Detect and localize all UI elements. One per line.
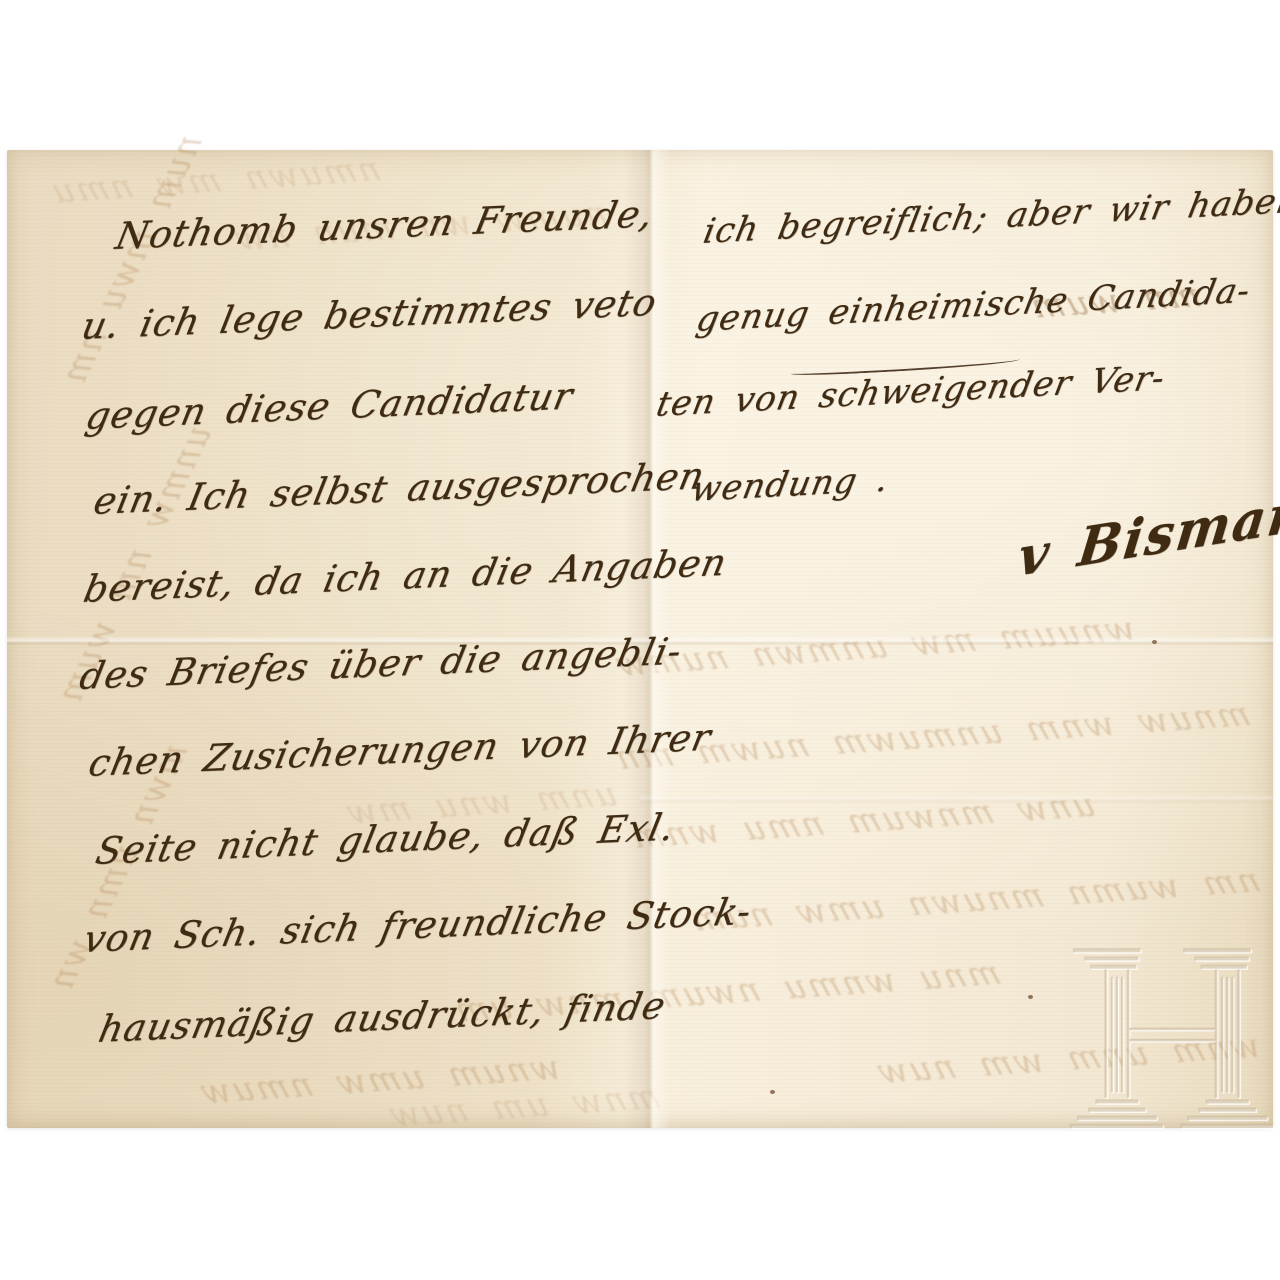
ink-speck xyxy=(1152,640,1157,644)
handwriting-line: gegen diese Candidatur xyxy=(82,374,577,438)
ink-speck xyxy=(770,1090,775,1094)
handwriting-line: ich begreiflich; aber wir haben xyxy=(700,180,1280,252)
handwriting-line: u. ich lege bestimmtes veto xyxy=(78,281,661,348)
horizontal-crease xyxy=(640,794,1273,804)
bleedthrough-line: nm wumn mnuwn umw num xyxy=(684,861,1265,940)
handwriting-line: hausmäßig ausdrückt, finde xyxy=(95,984,670,1051)
embossed-columns-H-watermark-icon xyxy=(1068,941,1274,1131)
bleedthrough-line: mnuw wnm unmuwm nuwm mn xyxy=(644,694,1255,775)
handwriting-line: wendung . xyxy=(688,459,893,510)
letter-paper: nmuwn mw nmu num mwu nm unmw nm wum mwn … xyxy=(7,150,1273,1128)
bleedthrough-line: mnu wnmu nwum mnw um xyxy=(644,953,1006,1017)
ink-speck xyxy=(1028,995,1033,999)
signature-bismarck: v Bismarck xyxy=(1015,471,1280,589)
handwriting-line: genug einheimische Candida- xyxy=(693,271,1254,340)
